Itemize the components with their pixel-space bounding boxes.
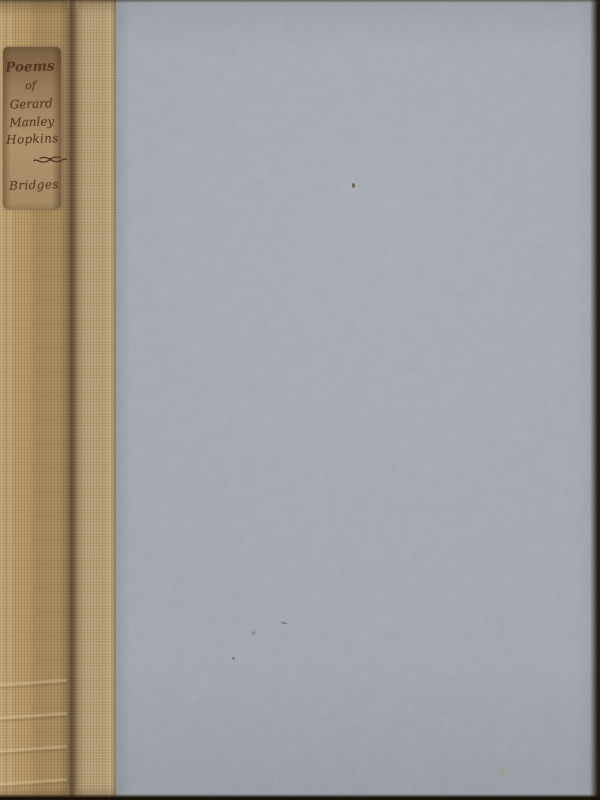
front-board-paper — [116, 0, 600, 800]
foxing-speck — [352, 183, 355, 188]
spine-label-text: Poems of Gerard Manley Hopkins — [0, 46, 64, 210]
photo-edge-top — [0, 0, 600, 3]
spine-title-line: of — [25, 79, 36, 97]
foxing-stain — [496, 768, 508, 776]
spine-title-line: Hopkins — [6, 131, 59, 151]
spine-title-line: Poems — [5, 58, 55, 80]
spine-title-line: Gerard — [9, 96, 53, 115]
front-hinge-cloth — [78, 0, 116, 800]
foxing-speck — [232, 657, 235, 660]
spine-foot-wrinkles — [0, 670, 67, 800]
spine-editor-label: Bridges — [9, 177, 59, 195]
spine-title-label: Poems of Gerard Manley Hopkins — [3, 47, 61, 209]
spine-hinge-groove — [67, 0, 78, 800]
hinge-foot-shade — [78, 730, 116, 800]
foxing-smudge — [250, 630, 257, 636]
photo-edge-right — [590, 0, 600, 800]
fleuron-ornament-glyph — [33, 153, 67, 166]
book-cover-photo: Poems of Gerard Manley Hopkins — [0, 0, 600, 800]
photo-edge-bottom — [0, 794, 600, 800]
spine-title-line: Manley — [9, 114, 54, 133]
groove-weave-texture — [67, 0, 78, 800]
foxing-speck — [281, 621, 287, 624]
